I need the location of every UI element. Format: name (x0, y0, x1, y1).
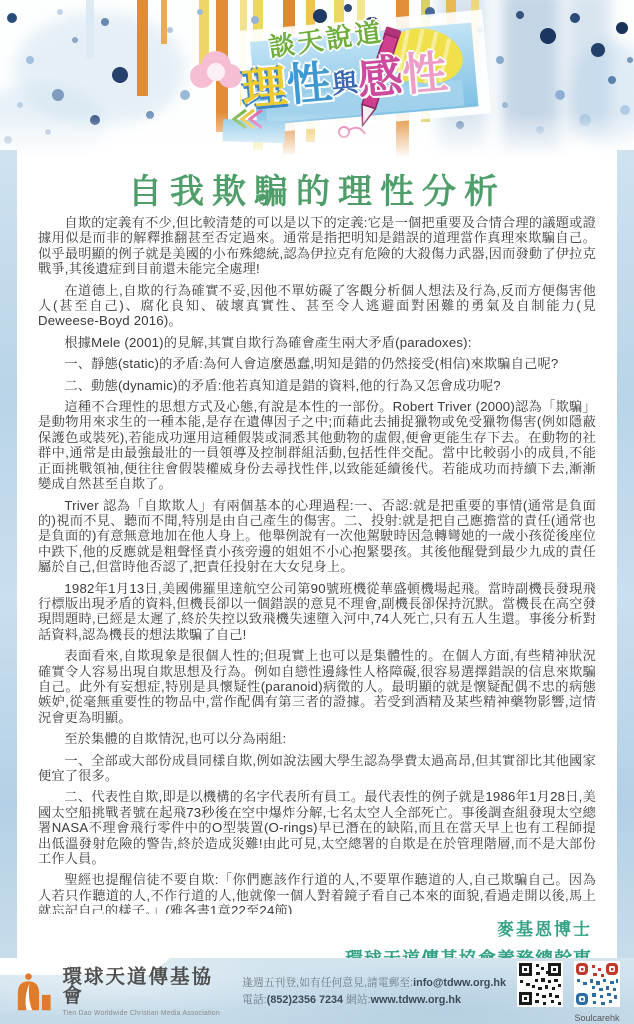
paragraph: 根據Mele (2001)的見解,其實自欺行為確會產生兩大矛盾(paradoxe… (38, 335, 596, 350)
paragraph: 一、靜態(static)的矛盾:為何人會這麼愚蠢,明知是錯的仍然接受(相信)來欺… (38, 356, 596, 371)
header-fade (0, 112, 634, 164)
paragraph: 在道德上,自欺的行為確實不妥,因他不單妨礙了客觀分析個人想法及行為,反而方便傷害… (38, 283, 596, 329)
tien-dao-logo-icon (14, 971, 54, 1013)
qr-tdww-wrap (517, 961, 563, 1012)
qr-code-soulcarehk (574, 961, 620, 1007)
paragraph: Triver 認為「自欺欺人」有兩個基本的心理過程:一、否認:就是把重要的事情(… (38, 498, 596, 575)
brand-char: 理 (240, 60, 289, 115)
qr-soulcare-wrap: Soulcarehk (574, 961, 620, 1023)
footer-bar: 環球天道傳基協會 Tien Dao Worldwide Christian Me… (0, 958, 634, 1024)
contact-line-2: 電話:(852)2356 7234 網站:www.tdww.org.hk (242, 992, 506, 1009)
brand-char: 感 (355, 50, 404, 105)
header-banner: ♡ 談天說道 理性與感性 (0, 0, 634, 162)
brand-char: 性 (285, 56, 334, 111)
org-name-block: 環球天道傳基協會 Tien Dao Worldwide Christian Me… (62, 968, 228, 1017)
paragraph: 聖經也提醒信徒不要自欺:「你們應該作行道的人,不要單作聽道的人,自己欺騙自己。因… (38, 872, 596, 914)
contact-website: www.tdww.org.hk (371, 994, 461, 1006)
brand-logo: 談天說道 理性與感性 (237, 9, 450, 113)
paragraph: 二、動態(dynamic)的矛盾:他若真知道是錯的資料,他的行為又怎會成功呢? (38, 378, 596, 393)
left-watercolor-border (0, 150, 17, 966)
brand-char: 與 (331, 67, 360, 99)
paragraph: 這種不合理性的思想方式及心態,有說是本性的一部份。Robert Triver (… (38, 399, 596, 491)
paragraph: 二、代表性自欺,即是以機構的名字代表所有員工。最代表性的例子就是1986年1月2… (38, 789, 596, 866)
org-name-en: Tien Dao Worldwide Christian Media Assoc… (62, 1010, 228, 1017)
web-label: 網站: (343, 994, 371, 1006)
tel-label: 電話: (242, 994, 267, 1006)
brand-char: 性 (400, 46, 449, 101)
contact-email: info@tdww.org.hk (413, 977, 506, 989)
footer-contact: 逢週五刊登,如有任何意見,請電郵至:info@tdww.org.hk 電話:(8… (242, 975, 506, 1008)
qr-label: Soulcarehk (574, 1013, 620, 1023)
paragraph: 表面看來,自欺現象是很個人性的;但現實上也可以是集體性的。在個人方面,有些精神狀… (38, 648, 596, 725)
qr-codes: Soulcarehk (506, 961, 620, 1023)
publish-note: 逢週五刊登,如有任何意見,請電郵至: (242, 977, 413, 989)
org-name-zh: 環球天道傳基協會 (62, 968, 228, 1007)
contact-line-1: 逢週五刊登,如有任何意見,請電郵至:info@tdww.org.hk (242, 975, 506, 992)
org-logo-block: 環球天道傳基協會 Tien Dao Worldwide Christian Me… (14, 968, 228, 1017)
paragraph: 1982年1月13日,美國佛羅里達航空公司第90號班機從華盛頓機場起飛。當時副機… (38, 581, 596, 643)
footer-content: 環球天道傳基協會 Tien Dao Worldwide Christian Me… (14, 966, 620, 1018)
qr-code-tdww (517, 961, 563, 1007)
article-title: 自我欺騙的理性分析 (0, 164, 634, 213)
contact-phone: (852)2356 7234 (267, 994, 343, 1006)
right-watercolor-border (617, 150, 634, 966)
article-body: 自欺的定義有不少,但比較清楚的可以是以下的定義:它是一個把重要及合情合理的議題或… (38, 210, 596, 914)
paragraph: 一、全部或大部份成員同樣自欺,例如說法國大學生認為學費太過高昂,但其實卻比其他國… (38, 753, 596, 784)
paragraph: 自欺的定義有不少,但比較清楚的可以是以下的定義:它是一個把重要及合情合理的議題或… (38, 215, 596, 277)
paragraph: 至於集體的自欺情況,也可以分為兩組: (38, 731, 596, 746)
author-name: 麥基恩博士 (345, 915, 592, 940)
